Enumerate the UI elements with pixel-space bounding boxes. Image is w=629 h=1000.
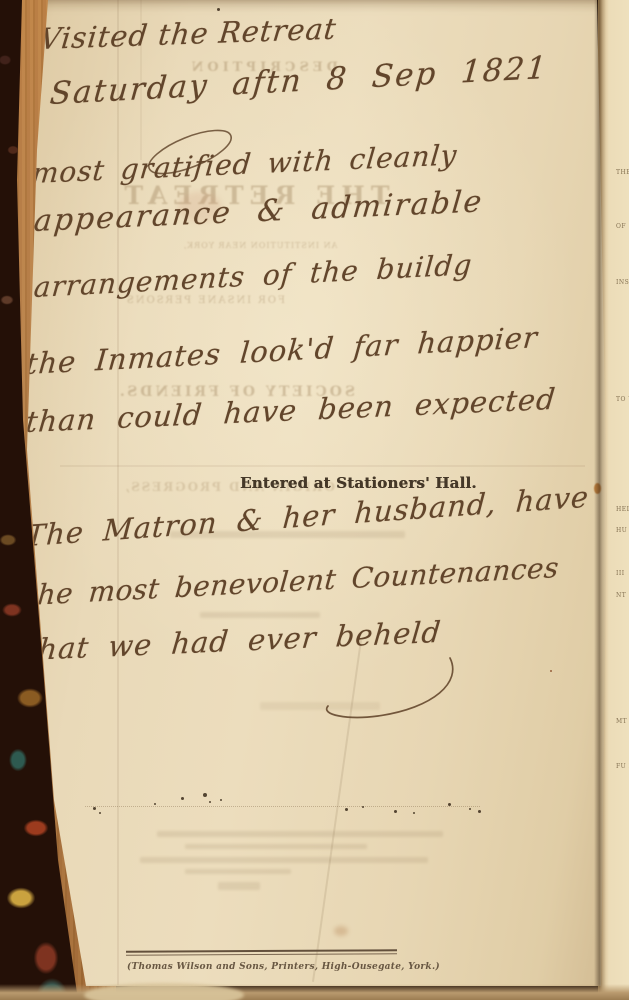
showthrough-blur-bar (200, 612, 320, 618)
showthrough-blur-bar (140, 857, 428, 863)
ink-speck (220, 799, 222, 801)
showthrough-blur-bar (218, 882, 260, 890)
printer-imprint: (Thomas Wilson and Sons, Printers, High-… (127, 962, 440, 972)
handwriting-line-1: Visited the Retreat (38, 12, 338, 57)
ink-speck (99, 812, 101, 814)
edge-text-fragment: TO W (616, 396, 629, 403)
book-page-photo: THE OF INSCRIB TO W HELD HU III NT MT I … (0, 0, 629, 1000)
ink-speck (362, 806, 364, 808)
ink-speck (217, 8, 220, 11)
edge-text-fragment: III (616, 570, 625, 577)
edge-text-fragment: NT (616, 592, 626, 599)
ink-speck (209, 801, 211, 803)
ink-speck (469, 808, 471, 810)
page-crease (117, 0, 119, 985)
edge-text-fragment: OF (616, 223, 626, 230)
ink-speck (448, 803, 451, 806)
edge-text-fragment: HU (616, 527, 627, 534)
ink-speck (345, 808, 348, 811)
edge-text-fragment: MT I (616, 718, 629, 725)
ink-speck (93, 807, 96, 810)
paper-stain (334, 926, 348, 936)
pen-flourish (312, 648, 467, 730)
bottom-board-corner (84, 983, 244, 1000)
handwriting-line-9: the most benevolent Countenances (25, 551, 561, 612)
ink-speck (181, 797, 184, 800)
ink-speck (478, 810, 481, 813)
showthrough-institution: AN INSTITUTION NEAR YORK, (180, 241, 340, 250)
showthrough-blur-bar (185, 869, 291, 874)
showthrough-blur-bar (185, 844, 367, 849)
ink-speck (550, 670, 552, 672)
ink-speck (394, 810, 397, 813)
showthrough-blur-bar (157, 831, 443, 837)
main-page: DESCRIPTION THE RETREAT AN INSTITUTION N… (0, 0, 629, 1000)
page-gutter-shadow (594, 0, 606, 1000)
page-crease (60, 465, 585, 467)
handwriting-line-6: the Inmates look'd far happier (25, 320, 540, 381)
edge-text-fragment: INSCRIB (616, 279, 629, 286)
printer-rule (126, 949, 397, 955)
showthrough-dotted-rule (85, 806, 480, 807)
ink-speck (413, 812, 415, 814)
ink-speck (203, 793, 207, 797)
edge-text-fragment: FU D (616, 763, 629, 770)
pen-loop-flourish (138, 128, 248, 178)
edge-text-fragment: THE (616, 169, 629, 176)
ink-speck (154, 803, 156, 805)
stationers-hall-line: Entered at Stationers' Hall. (240, 474, 477, 492)
edge-text-fragment: HELD (616, 506, 629, 513)
